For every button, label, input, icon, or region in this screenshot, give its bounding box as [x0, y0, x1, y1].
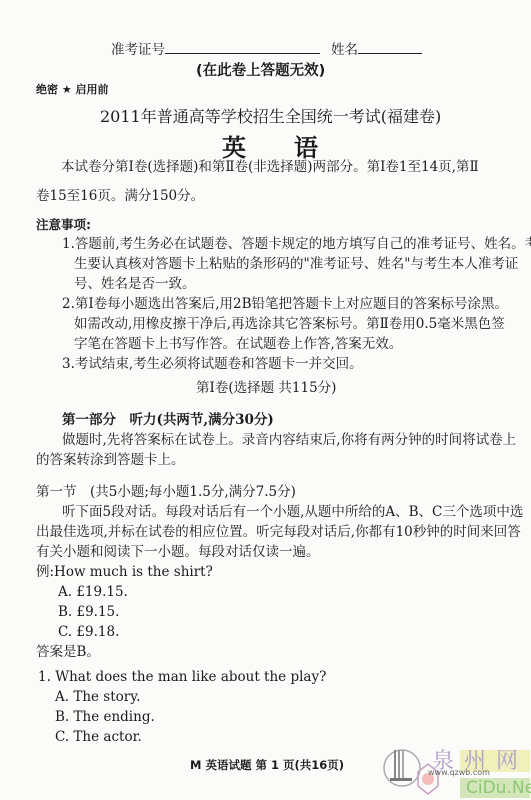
exam-id-label: 准考证号 [111, 42, 165, 58]
example-option-c: C. £9.18. [58, 624, 119, 640]
watermark-url: www.qzwb.com [428, 768, 490, 777]
question-1: 1. What does the man like about the play… [38, 669, 326, 685]
question-1-option-b: B. The ending. [55, 709, 155, 725]
sub-desc-line-1: 听下面5段对话。每段对话后有一个小题,从题中所给的A、B、C三个选项中选 [62, 504, 523, 520]
question-1-option-c: C. The actor. [55, 729, 142, 745]
watermark-en-text: CiDu.Net [466, 778, 531, 798]
note-1-line-3: 号、姓名是否一致。 [74, 276, 196, 292]
sub-desc-line-3: 有关小题和阅读下一小题。每段对话仅读一遍。 [36, 544, 320, 560]
watermark-logo: 泉州网 www.qzwb.com CiDu.Net [380, 742, 530, 800]
question-1-option-a: A. The story. [55, 689, 140, 705]
part-1-heading: 第一部分 听力(共两节,满分30分) [62, 412, 274, 428]
note-2-line-1: 2.第Ⅰ卷每小题选出答案后,用2B铅笔把答题卡上对应题目的答案标号涂黑。 [62, 296, 508, 312]
sub-section-heading: 第一节 (共5小题;每小题1.5分,满分7.5分) [36, 484, 296, 500]
example-question: 例:How much is the shirt? [36, 564, 213, 580]
secret-label: 绝密 ★ 启用前 [36, 81, 109, 97]
exam-id-field[interactable] [165, 41, 320, 54]
subject-title: 英 语 [222, 128, 318, 163]
note-2-line-3: 字笔在答题卡上书写作答。在试题卷上作答,答案无效。 [74, 336, 402, 352]
note-2-line-2: 如需改动,用橡皮擦干净后,再选涂其它答案标号。第Ⅱ卷用0.5毫米黑色签 [74, 316, 505, 332]
page-footer: M 英语试题 第 1 页(共16页) [190, 757, 344, 773]
example-answer: 答案是B。 [36, 644, 100, 660]
name-row: 姓名 [331, 41, 422, 58]
intro-line-2: 卷15至16页。满分150分。 [36, 188, 204, 204]
note-1-line-2: 生要认真核对答题卡上粘贴的条形码的"准考证号、姓名"与考生本人准考证 [74, 256, 518, 272]
example-option-a: A. £19.15. [58, 584, 128, 600]
section-1-heading: 第Ⅰ卷(选择题 共115分) [196, 380, 336, 396]
part-1-desc-line-1: 做题时,先将答案标在试卷上。录音内容结束后,你将有两分钟的时间将试卷上 [62, 432, 516, 448]
note-1-line-1: 1.答题前,考生务必在试题卷、答题卡规定的地方填写自己的准考证号、姓名。考 [62, 236, 531, 252]
question-text: What does the man like about the play? [55, 669, 326, 685]
name-label: 姓名 [331, 42, 358, 58]
notes-heading: 注意事项: [36, 215, 91, 233]
example-option-b: B. £9.15. [58, 604, 119, 620]
name-field[interactable] [358, 41, 422, 54]
intro-line-1: 本试卷分第Ⅰ卷(选择题)和第Ⅱ卷(非选择题)两部分。第Ⅰ卷1至14页,第Ⅱ [61, 159, 479, 175]
part-1-desc-line-2: 的答案转涂到答题卡上。 [36, 452, 185, 468]
note-3-line-1: 3.考试结束,考生必须将试题卷和答题卡一并交回。 [62, 356, 363, 372]
invalid-notice: (在此卷上答题无效) [196, 59, 325, 80]
question-number: 1. [38, 669, 51, 685]
sub-desc-line-2: 出最佳选项,并标在试卷的相应位置。听完每段对话后,你都有10秒钟的时间来回答 [36, 524, 521, 540]
exam-id-row: 准考证号 [111, 41, 320, 58]
exam-title: 2011年普通高等学校招生全国统一考试(福建卷) [100, 104, 441, 127]
